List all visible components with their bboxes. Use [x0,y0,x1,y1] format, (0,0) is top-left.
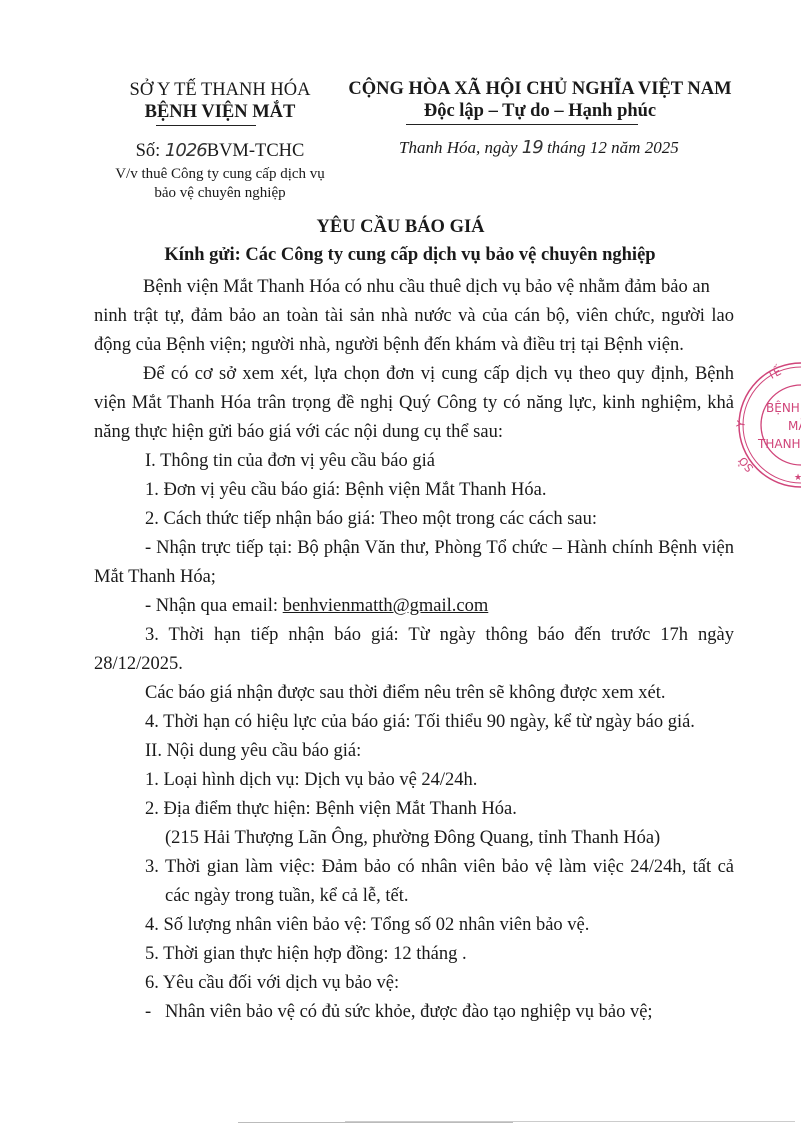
paragraph-2-line-2: viện Mắt Thanh Hóa trân trọng đề nghị Qu… [94,393,734,414]
section-1-item-2-email-line: - Nhận qua email: benhvienmatth@gmail.co… [145,596,488,617]
section-2-heading: II. Nội dung yêu cầu báo giá: [145,741,361,762]
section-2-item-3-cont: các ngày trong tuần, kể cả lễ, tết. [165,886,408,907]
number-prefix: Số: [136,141,165,161]
org-name: BỆNH VIỆN MẮT [80,102,360,123]
paragraph-2-line-3: năng thực hiện gửi báo giá với các nội d… [94,422,503,443]
section-2-item-3: 3. Thời gian làm việc: Đảm bảo có nhân v… [145,857,734,878]
paragraph-1-line-2: ninh trật tự, đảm bảo an toàn tài sản nh… [94,306,734,327]
stamp-inner-line-1: BỆNH [766,400,800,415]
paragraph-1-line-1: Bệnh viện Mắt Thanh Hóa có nhu cầu thuê … [143,277,710,298]
section-1-item-3: 3. Thời hạn tiếp nhận báo giá: Từ ngày t… [145,625,734,646]
handwritten-day: 19 [522,137,543,158]
stamp-inner-line-2: MẮ [788,417,801,433]
email-prefix: - Nhận qua email: [145,596,283,616]
section-2-item-2-address: (215 Hải Thượng Lãn Ông, phường Đông Qua… [165,828,660,849]
section-1-item-2-direct-cont: Mắt Thanh Hóa; [94,567,216,588]
motto-underline [406,124,638,125]
section-2-item-5: 5. Thời gian thực hiện hợp đồng: 12 thán… [145,944,467,965]
scan-artifact-line-2 [345,1121,795,1122]
section-2-item-1: 1. Loại hình dịch vụ: Dịch vụ bảo vệ 24/… [145,770,477,791]
stamp-outer-text-3: SỞ [736,453,756,475]
paragraph-2-line-1: Để có cơ sở xem xét, lựa chọn đơn vị cun… [143,364,734,385]
section-2-item-2: 2. Địa điểm thực hiện: Bệnh viện Mắt Tha… [145,799,517,820]
document-number: Số: 1026BVM-TCHC [80,140,360,162]
email-link[interactable]: benhvienmatth@gmail.com [283,596,489,616]
svg-text:★: ★ [794,473,801,483]
section-1-heading: I. Thông tin của đơn vị yêu cầu báo giá [145,451,435,472]
stamp-inner-line-3: THANH [757,437,801,451]
handwritten-number: 1026 [165,140,207,161]
paragraph-1-line-3: động của Bệnh viện; người nhà, người bện… [94,335,684,356]
scan-artifact-line [238,1122,513,1123]
place-date: Thanh Hóa, ngày 19 tháng 12 năm 2025 [399,137,679,158]
section-2-item-6: 6. Yêu cầu đối với dịch vụ bảo vệ: [145,973,399,994]
section-1-item-1: 1. Đơn vị yêu cầu báo giá: Bệnh viện Mắt… [145,480,546,501]
section-1-item-2-direct: - Nhận trực tiếp tại: Bộ phận Văn thư, P… [145,538,734,559]
official-stamp: TẾ Y SỞ BỆNH MẮ THANH ★ [736,360,801,490]
section-1-item-4: 4. Thời hạn có hiệu lực của báo giá: Tối… [145,712,695,733]
agency-name: SỞ Y TẾ THANH HÓA [80,80,360,101]
bullet-dash: - [145,1002,151,1023]
nation-title: CỘNG HÒA XÃ HỘI CHỦ NGHĨA VIỆT NAM [335,79,745,100]
stamp-outer-text-2: Y [736,419,748,429]
section-1-item-3-cont: 28/12/2025. [94,654,183,675]
document-title: YÊU CẦU BÁO GIÁ [0,217,801,238]
addressee: Kính gửi: Các Công ty cung cấp dịch vụ b… [90,245,730,266]
section-1-item-3-note: Các báo giá nhận được sau thời điểm nêu … [145,683,666,704]
section-2-item-4: 4. Số lượng nhân viên bảo vệ: Tổng số 02… [145,915,589,936]
date-suffix: tháng 12 năm 2025 [543,138,679,157]
national-motto: Độc lập – Tự do – Hạnh phúc [335,101,745,122]
org-underline [156,125,256,126]
date-prefix: Thanh Hóa, ngày [399,138,522,157]
subject-line-2: bảo vệ chuyên nghiệp [80,185,360,202]
section-1-item-2: 2. Cách thức tiếp nhận báo giá: Theo một… [145,509,597,530]
subject-line-1: V/v thuê Công ty cung cấp dịch vụ [80,166,360,183]
section-2-item-6-bullet-1: Nhân viên bảo vệ có đủ sức khỏe, được đà… [165,1002,653,1023]
number-suffix: BVM-TCHC [207,141,305,161]
